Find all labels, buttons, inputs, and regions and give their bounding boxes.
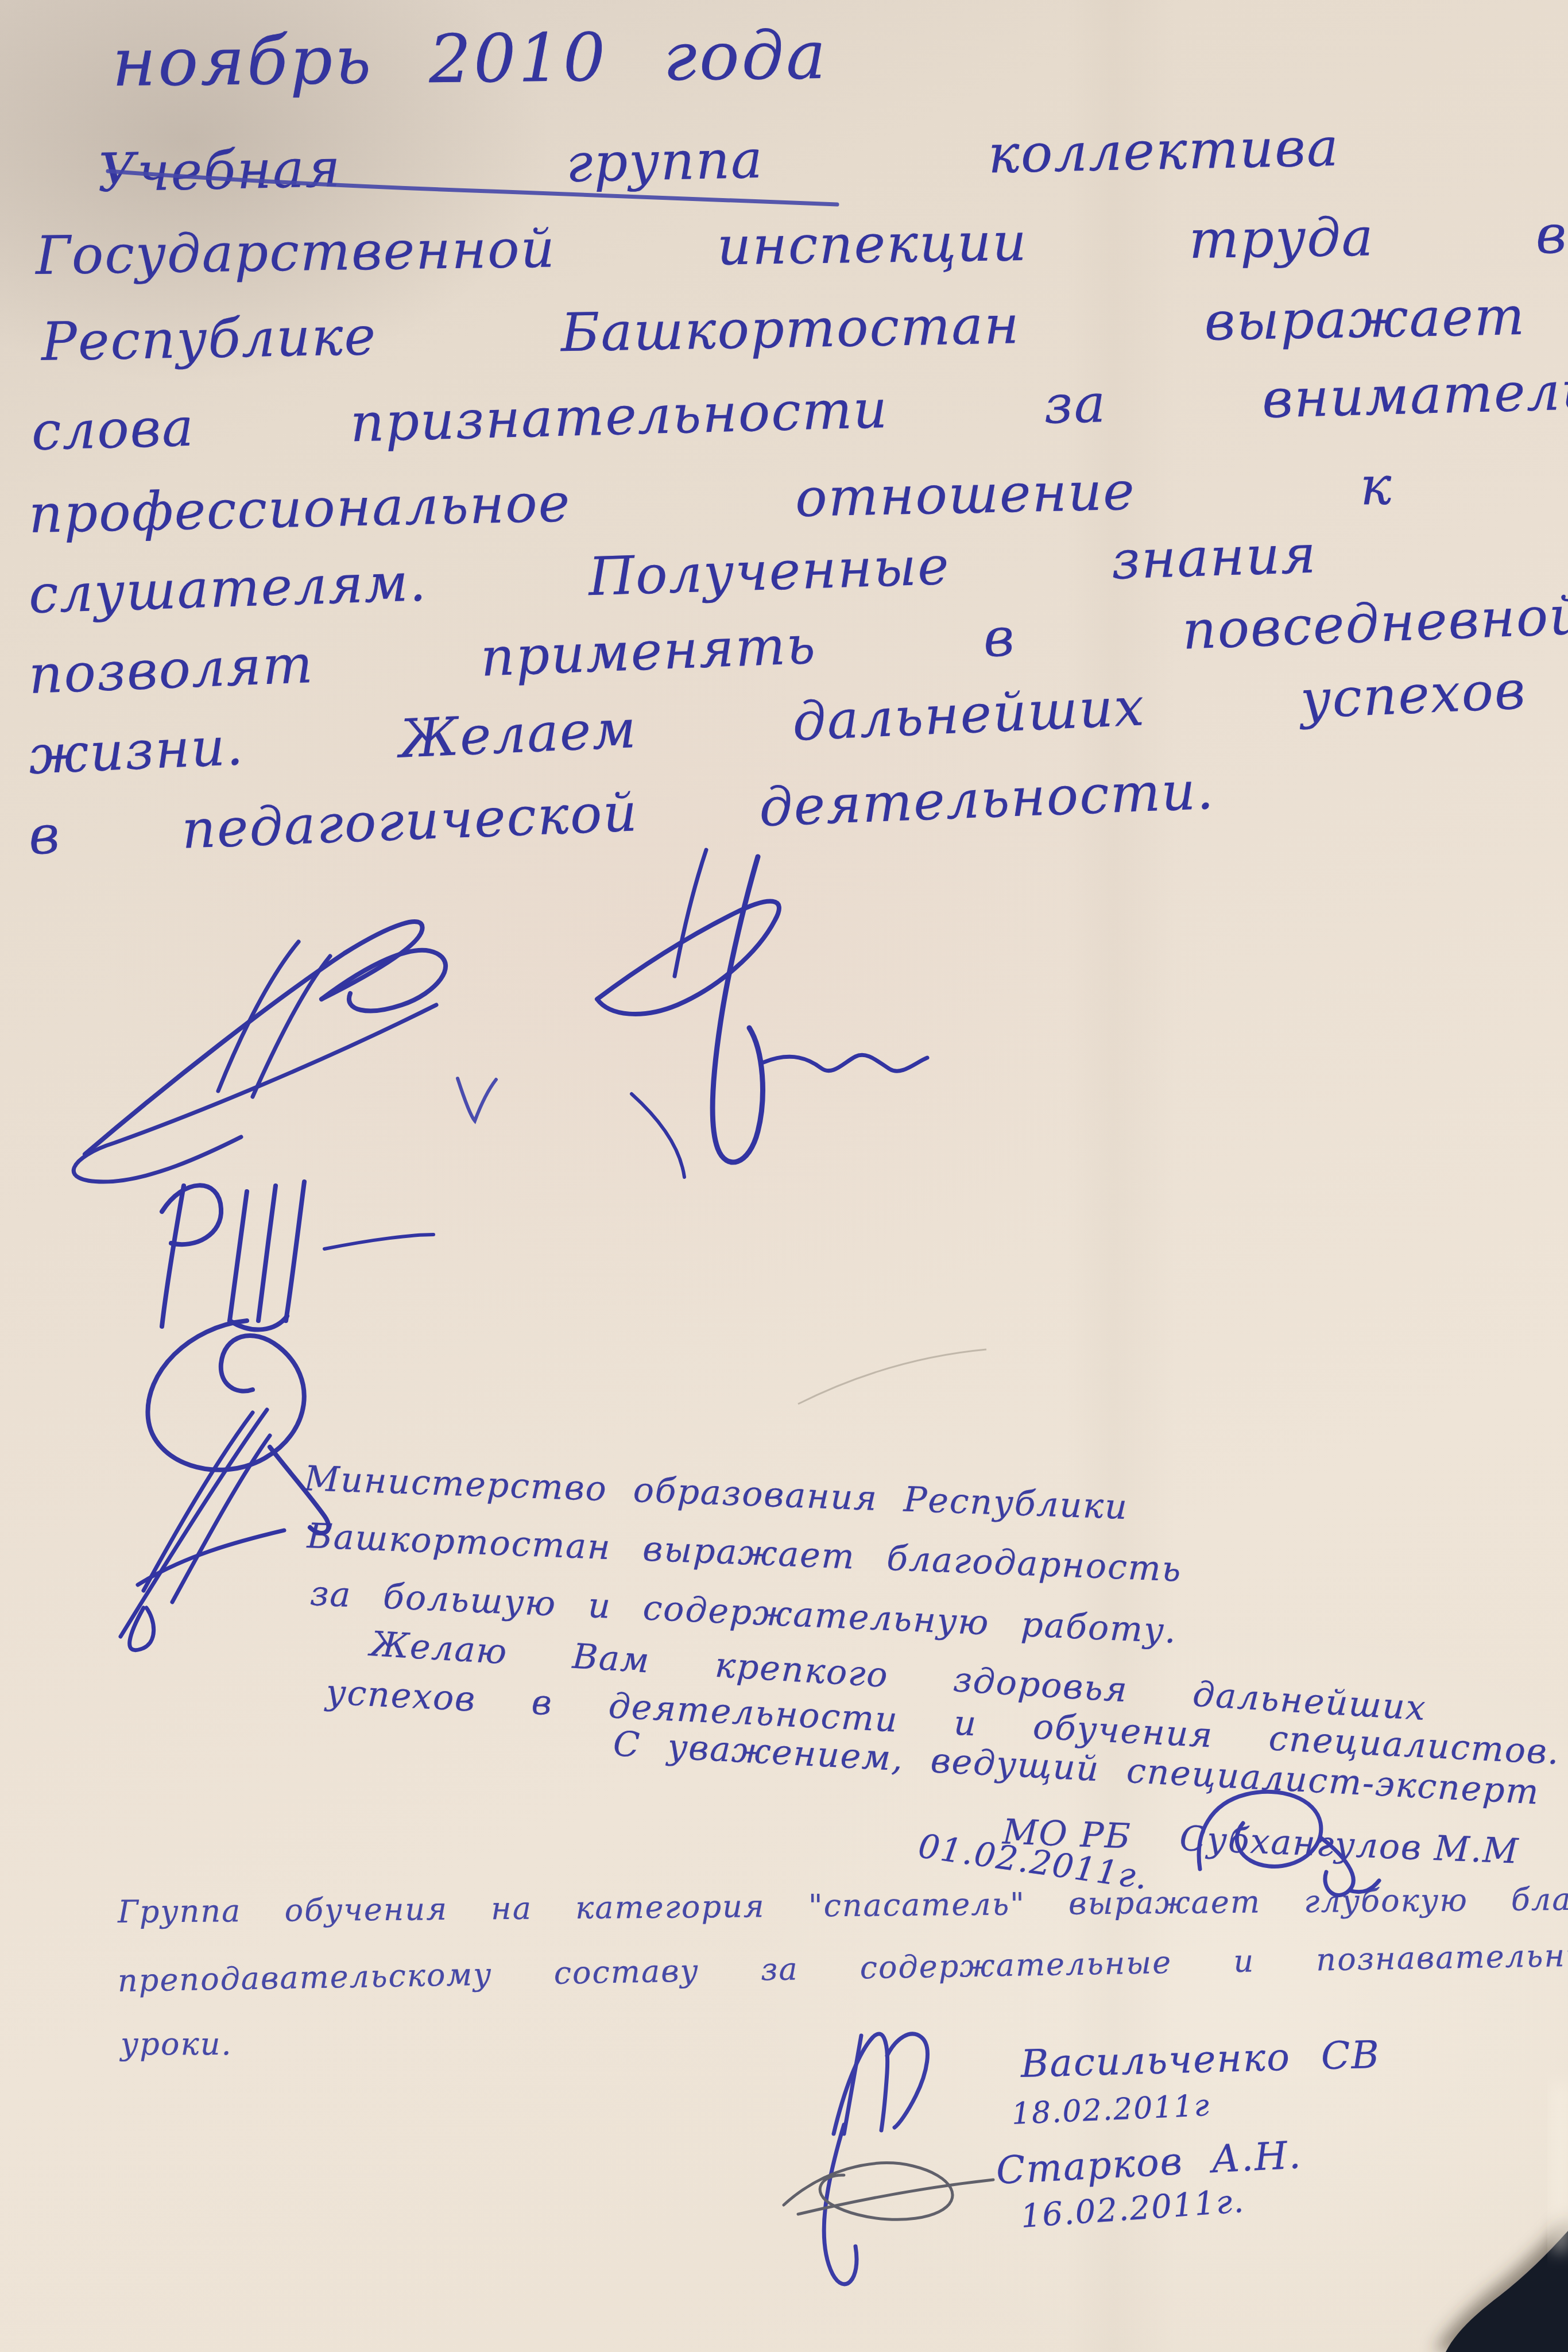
page-edge-highlight bbox=[1552, 2084, 1568, 2251]
entry-line: Государственной инспекции труда в bbox=[35, 204, 1568, 287]
ministry-expert-name: Субхангулов М.М bbox=[1179, 1819, 1520, 1872]
check-mark bbox=[458, 1078, 496, 1121]
entry-line: слова признательности за внимательное bbox=[31, 357, 1568, 462]
signature-right bbox=[597, 850, 927, 1177]
guestbook-page: ноябрь 2010 года Учебная группа коллекти… bbox=[0, 0, 1568, 2352]
entry-line: Республике Башкортостан выражает bbox=[41, 285, 1526, 373]
signature-left-1 bbox=[73, 922, 446, 1182]
signature-starkov bbox=[784, 2163, 993, 2220]
entry-line: Учебная группа коллектива bbox=[97, 117, 1340, 204]
signature-left-4 bbox=[121, 1410, 284, 1650]
signature-vasilchenko bbox=[824, 2034, 927, 2284]
signoff-name-vasilchenko: Васильченко СВ bbox=[1020, 2033, 1381, 2086]
signoff-name-starkov: Старков А.Н. bbox=[995, 2133, 1303, 2193]
signature-left-2 bbox=[162, 1182, 433, 1330]
pencil-scratch bbox=[798, 1349, 986, 1404]
group-line: Группа обучения на категория "спасатель"… bbox=[118, 1879, 1568, 1930]
group-line: преподавательскому составу за содержател… bbox=[117, 1937, 1568, 1999]
signoff-date-starkov: 16.02.2011г. bbox=[1020, 2183, 1246, 2235]
group-line: уроки. bbox=[121, 2026, 233, 2062]
signature-left-3 bbox=[148, 1321, 328, 1533]
dark-corner-object bbox=[1446, 2231, 1568, 2352]
corner-shadow-blur bbox=[1434, 2216, 1568, 2352]
signoff-date-vasilchenko: 18.02.2011г bbox=[1011, 2088, 1211, 2131]
entry-date-title: ноябрь 2010 года bbox=[111, 17, 828, 102]
ministry-line: Министерство образования Республики bbox=[304, 1459, 1129, 1527]
